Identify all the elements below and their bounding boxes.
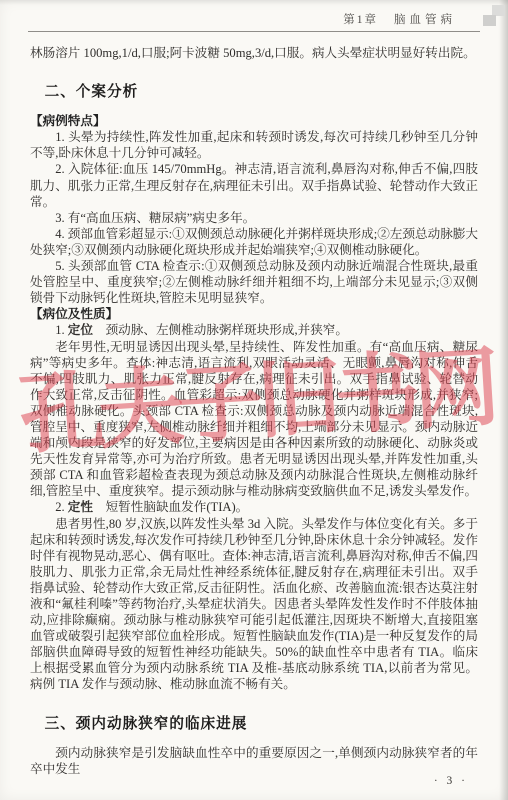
text-run: 短暂性脑缺血发作(TIA)。	[93, 500, 248, 514]
paragraph-continuation: 林肠溶片 100mg,1/d,口服;阿卡波糖 50mg,3/d,口服。病人头晕症…	[30, 45, 478, 61]
page-right-edge-shading	[499, 0, 508, 800]
feature-item-5: 5. 头颈部血管 CTA 检查示:①双侧颈总动脉及颈内动脉近端混合性斑块,最重处…	[30, 258, 478, 306]
text-run: 颈动脉、左侧椎动脉粥样斑块形成,并狭窄。	[93, 323, 348, 337]
header-rule	[28, 31, 480, 32]
bracket-header-location-nature: 【病位及性质】	[30, 306, 478, 322]
text-run: 4. 颈部血管彩超显示:①双侧颈总动脉硬化并粥样斑块形成;②左颈总动脉膨大处狭窄…	[30, 227, 478, 257]
page-body: 林肠溶片 100mg,1/d,口服;阿卡波糖 50mg,3/d,口服。病人头晕症…	[30, 45, 478, 777]
text-run: 颈内动脉狭窄是引发脑缺血性卒中的重要原因之一,单侧颈内动脉狭窄者的年卒中发生	[30, 746, 478, 776]
chapter-title: 脑血管病	[394, 14, 456, 26]
clinical-progress-paragraph: 颈内动脉狭窄是引发脑缺血性卒中的重要原因之一,单侧颈内动脉狭窄者的年卒中发生	[30, 745, 478, 777]
text-run: 【病例特点】	[30, 114, 106, 128]
feature-item-4: 4. 颈部血管彩超显示:①双侧颈总动脉硬化并粥样斑块形成;②左颈总动脉膨大处狭窄…	[30, 226, 478, 258]
nature-item: 2. 定性 短暂性脑缺血发作(TIA)。	[30, 499, 478, 515]
text-run: 老年男性,无明显诱因出现头晕,呈持续性、阵发性加重。有“高血压病、糖尿病”等病史…	[30, 340, 478, 499]
text-run: 【病位及性质】	[30, 307, 118, 321]
feature-item-3: 3. 有“高血压病、糖尿病”病史多年。	[30, 210, 478, 226]
running-header: 第1章脑血管病	[343, 11, 456, 27]
text-run: 1.	[55, 323, 68, 337]
page-top-edge-shading	[0, 0, 508, 5]
book-page: 第1章脑血管病 林肠溶片 100mg,1/d,口服;阿卡波糖 50mg,3/d,…	[0, 0, 508, 800]
chapter-number: 第1章	[343, 14, 378, 26]
section-heading-case-analysis: 二、个案分析	[30, 84, 478, 100]
location-item: 1. 定位 颈动脉、左侧椎动脉粥样斑块形成,并狭窄。	[30, 322, 478, 338]
text-run: 2. 入院体征:血压 145/70mmHg。神志清,语言流利,鼻唇沟对称,伸舌不…	[30, 162, 478, 208]
bracket-header-case-features: 【病例特点】	[30, 113, 478, 129]
nature-discussion-paragraph: 患者男性,80 岁,汉族,以阵发性头晕 3d 入院。头晕发作与体位变化有关。多于…	[30, 516, 478, 693]
feature-item-1: 1. 头晕为持续性,阵发性加重,起床和转颈时诱发,每次可持续几秒钟至几分钟不等,…	[30, 129, 478, 161]
bold-run: 定位	[68, 323, 93, 337]
text-run: 三、颈内动脉狭窄的临床进展	[45, 716, 248, 732]
feature-item-2: 2. 入院体征:血压 145/70mmHg。神志清,语言流利,鼻唇沟对称,伸舌不…	[30, 161, 478, 209]
page-number: · 3 ·	[434, 775, 468, 787]
location-discussion-paragraph: 老年男性,无明显诱因出现头晕,呈持续性、阵发性加重。有“高血压病、糖尿病”等病史…	[30, 339, 478, 500]
text-run: 5. 头颈部血管 CTA 检查示:①双侧颈总动脉及颈内动脉近端混合性斑块,最重处…	[30, 259, 478, 305]
text-run: 2.	[55, 500, 68, 514]
text-run: 1. 头晕为持续性,阵发性加重,起床和转颈时诱发,每次可持续几秒钟至几分钟不等,…	[30, 130, 478, 160]
text-run: 患者男性,80 岁,汉族,以阵发性头晕 3d 入院。头晕发作与体位变化有关。多于…	[30, 517, 478, 692]
scan-artifact	[483, 15, 496, 26]
text-run: 林肠溶片 100mg,1/d,口服;阿卡波糖 50mg,3/d,口服。病人头晕症…	[30, 46, 476, 60]
section-heading-clinical-progress: 三、颈内动脉狭窄的临床进展	[30, 716, 478, 732]
bold-run: 定性	[68, 500, 93, 514]
text-run: 3. 有“高血压病、糖尿病”病史多年。	[55, 211, 255, 225]
text-run: 二、个案分析	[45, 84, 139, 100]
